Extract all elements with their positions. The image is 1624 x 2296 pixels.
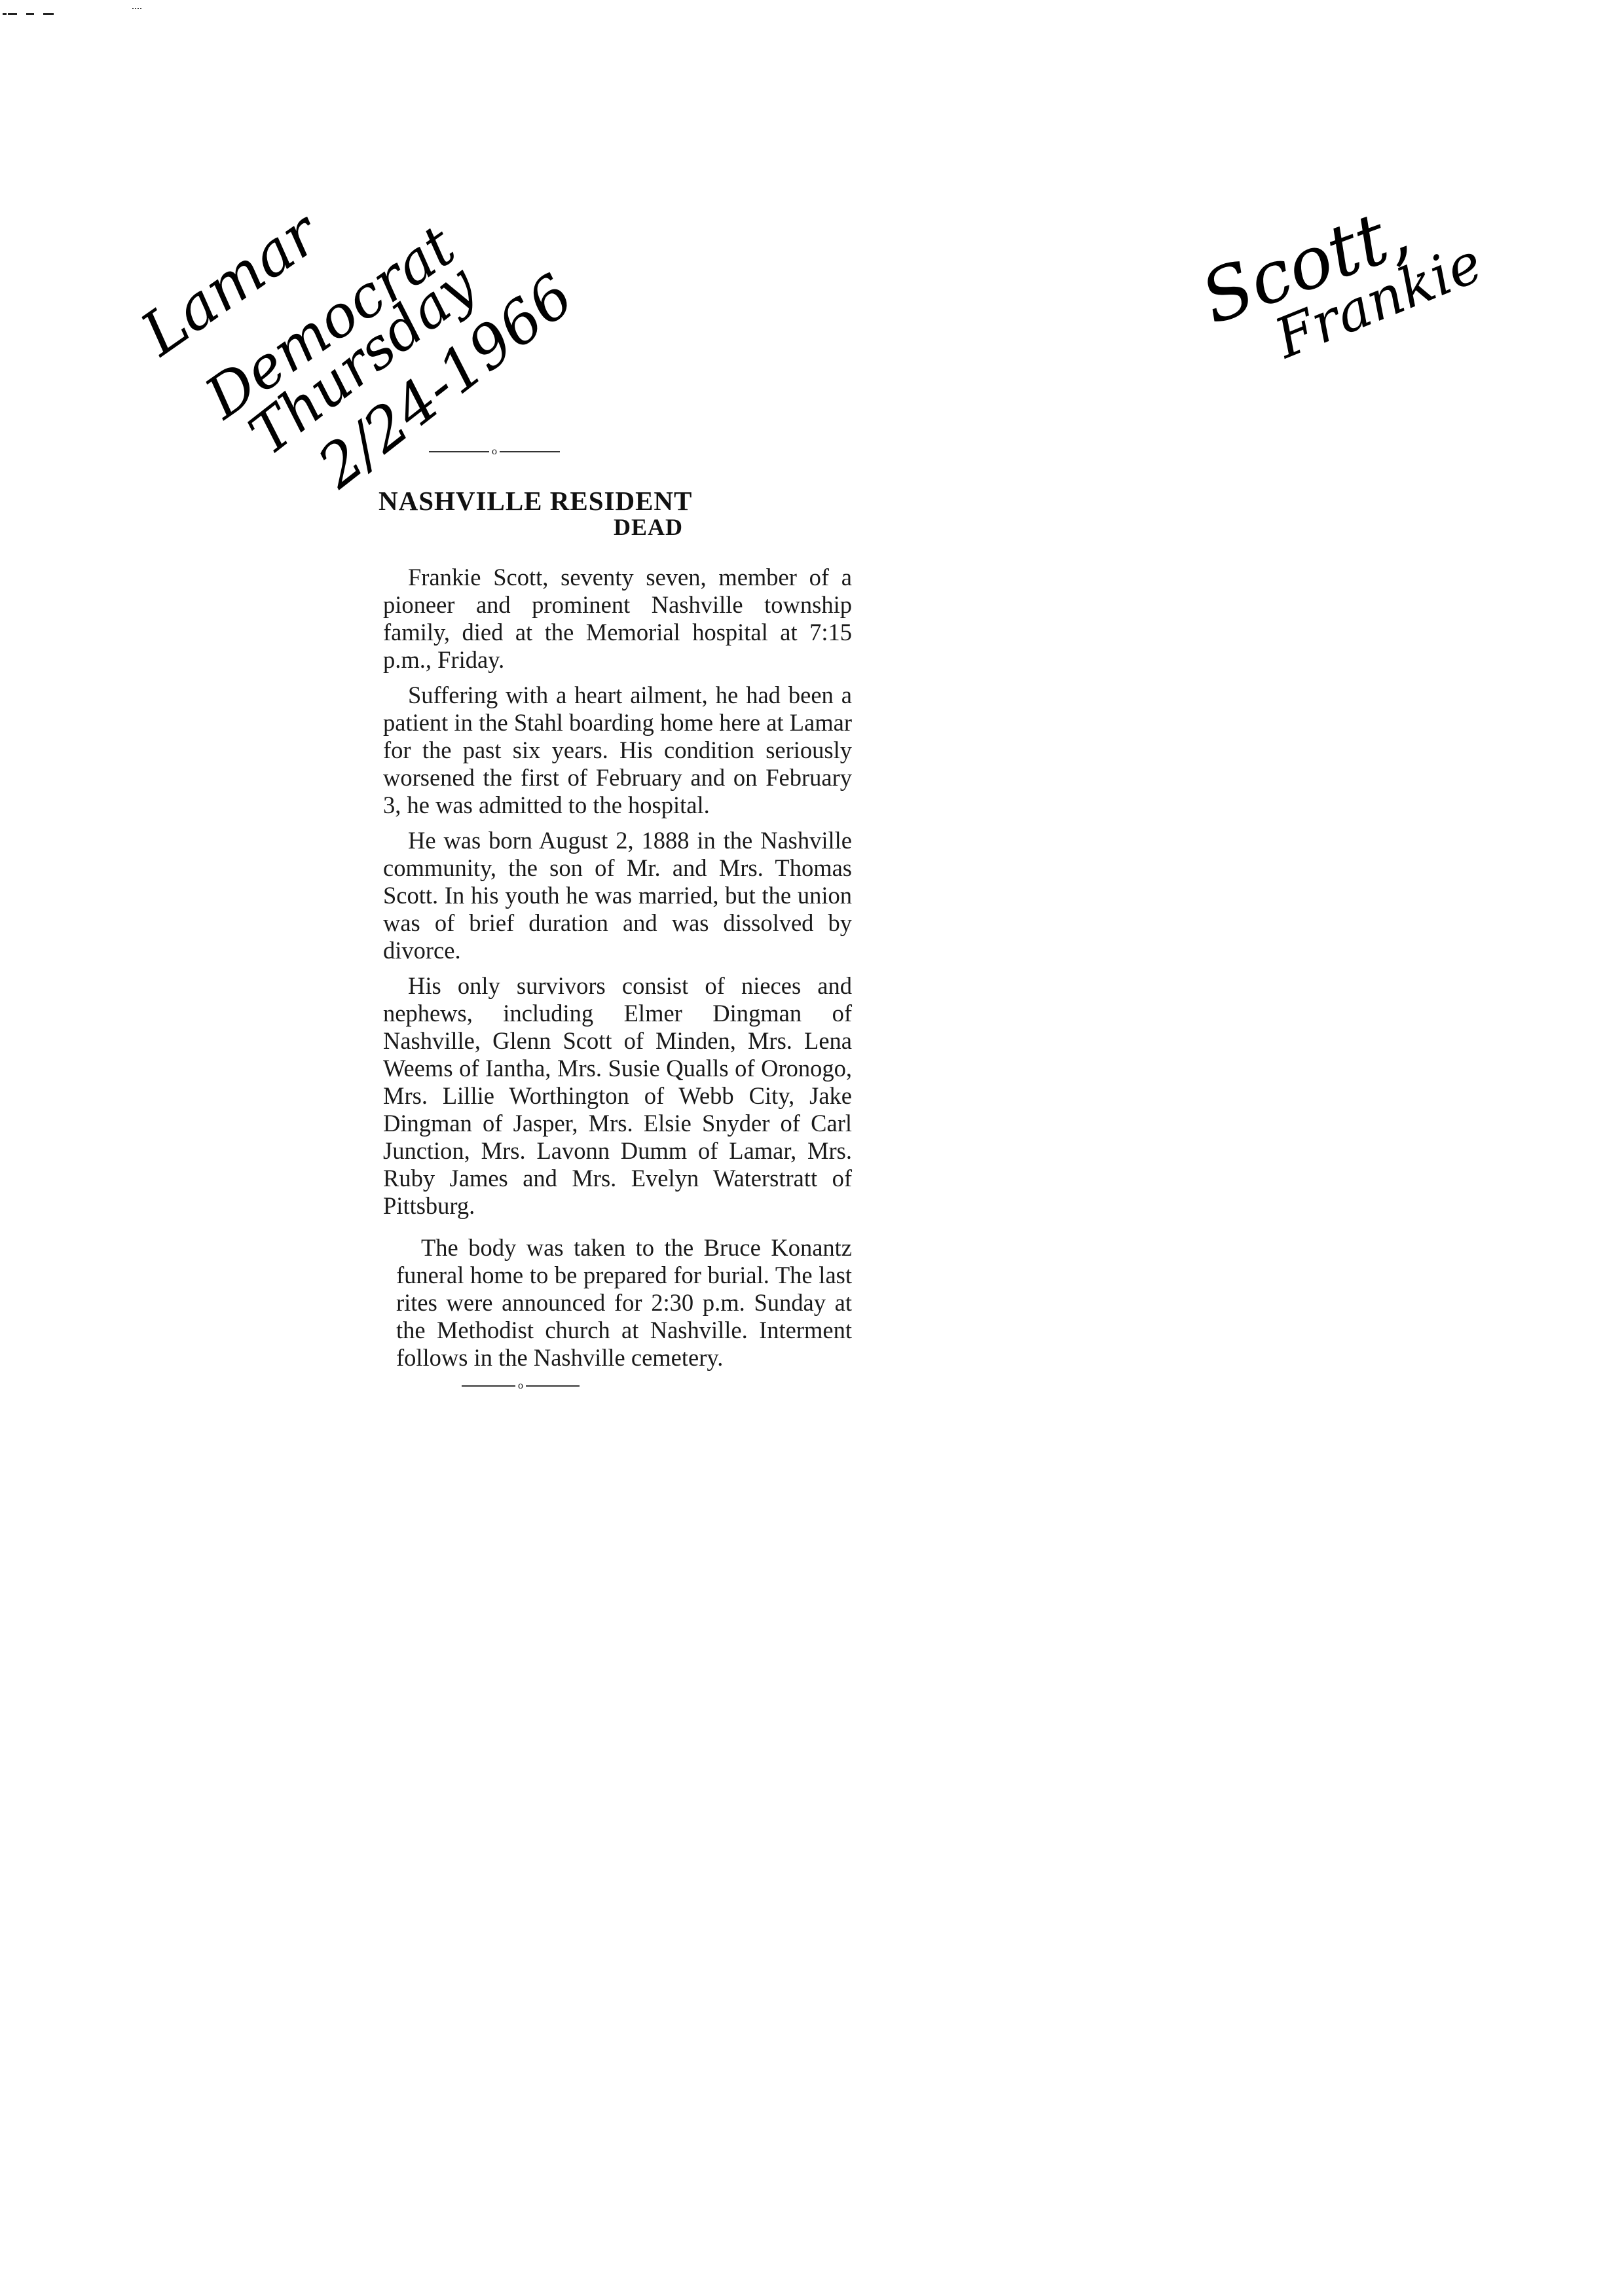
handwritten-subject-note: Scott, Frankie xyxy=(1179,137,1545,399)
paragraph-survivors: His only survivors consist of nieces and… xyxy=(383,972,852,1220)
paragraph-funeral: The body was taken to the Bruce Konantz … xyxy=(383,1234,852,1372)
paragraph-biography: He was born August 2, 1888 in the Nashvi… xyxy=(383,827,852,964)
paragraph-illness: Suffering with a heart ailment, he had b… xyxy=(383,682,852,819)
scan-artifact-marks xyxy=(0,9,65,16)
scan-artifact-dot xyxy=(132,8,141,10)
separator-ornament: o xyxy=(492,446,497,457)
headline-line-2: DEAD xyxy=(377,515,874,540)
headline: NASHVILLE RESIDENT DEAD xyxy=(377,487,874,540)
paragraph-death-notice: Frankie Scott, seventy seven, member of … xyxy=(383,564,852,674)
newspaper-clipping: o NASHVILLE RESIDENT DEAD Frankie Scott,… xyxy=(377,445,874,1393)
article-body: Frankie Scott, seventy seven, member of … xyxy=(383,564,852,1372)
separator-ornament: o xyxy=(518,1381,523,1391)
bottom-separator: o xyxy=(462,1379,580,1393)
top-separator: o xyxy=(429,445,560,458)
handwritten-source-note: Lamar Democrat Thursday 2/24-1966 xyxy=(118,151,537,426)
headline-line-1: NASHVILLE RESIDENT xyxy=(377,487,874,515)
